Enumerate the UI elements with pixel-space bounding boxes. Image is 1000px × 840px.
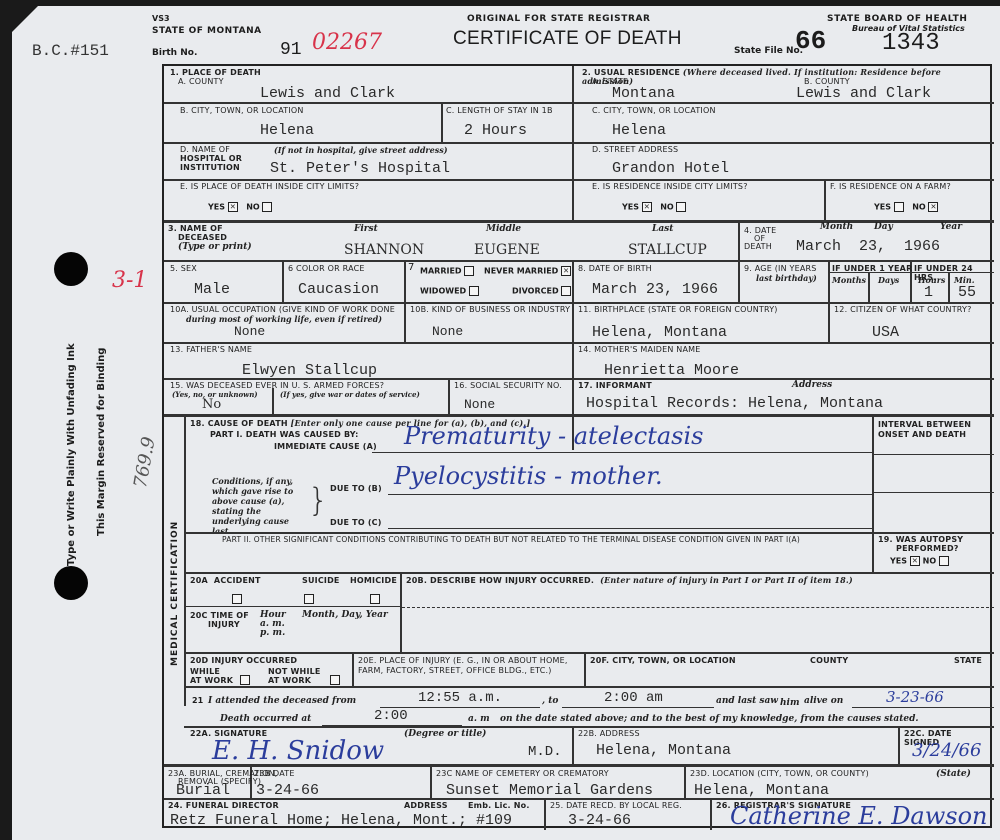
immediate-cause-value: Prematurity - atelectasis	[404, 422, 703, 450]
burial-date-value: 3-24-66	[256, 782, 319, 799]
document-title: CERTIFICATE OF DEATH	[453, 28, 682, 50]
due-to-b-label: DUE TO (b)	[330, 484, 382, 493]
physician-address-value: Helena, Montana	[596, 742, 731, 759]
citizen-value: USA	[872, 324, 899, 341]
attended-text: I attended the deceased from	[208, 696, 356, 706]
dod-value: March 23, 1966	[796, 238, 940, 255]
place-stay-value: 2 Hours	[464, 122, 527, 139]
cemetery-location-value: Helena, Montana	[694, 782, 829, 799]
informant-value: Hospital Records: Helena, Montana	[586, 395, 883, 412]
binding-hole-bottom	[54, 566, 88, 600]
death-occurred-text: Death occurred at	[220, 714, 311, 724]
widowed-checkbox[interactable]	[469, 286, 479, 296]
him-text: him	[780, 698, 800, 708]
first-name-value: SHANNON	[344, 242, 424, 258]
last-name-label: Last	[652, 224, 673, 234]
attended-from-value: 12:55 a.m.	[418, 690, 502, 706]
ssn-value: None	[464, 397, 495, 412]
days-label: Days	[878, 275, 899, 285]
last-name-value: STALLCUP	[628, 242, 707, 258]
describe-injury-hint: (Enter nature of injury in Part I or Par…	[600, 575, 853, 585]
months-label: Months	[832, 275, 866, 285]
place-inside-city-options: YES ✕ NO	[208, 202, 272, 212]
ampm-text: a. m	[468, 714, 490, 724]
funeral-director-value: Retz Funeral Home; Helena, Mont.; #109	[170, 812, 512, 829]
res-city-value: Helena	[612, 122, 666, 139]
birth-no-prefix: 91	[280, 40, 302, 60]
middle-name-label: Middle	[486, 224, 521, 234]
place-stay-label: c. LENGTH OF STAY IN 1b	[446, 106, 553, 115]
place-inside-city-yes-checkbox[interactable]: ✕	[228, 202, 238, 212]
margin-binding-note: This Margin Reserved for Binding	[96, 276, 107, 536]
while-at-work-checkbox[interactable]	[240, 675, 250, 685]
injury-county-label: COUNTY	[810, 656, 848, 665]
never-married-label: NEVER MARRIED	[484, 267, 558, 276]
injury-occurred-label: 20d INJURY OCCURRED	[190, 656, 297, 665]
suicide-label: SUICIDE	[302, 576, 340, 585]
on-date-text: on the date stated above; and to the bes…	[500, 714, 919, 724]
business-value: None	[432, 324, 463, 339]
death-certificate-form: 1. PLACE OF DEATH a. COUNTY Lewis and Cl…	[162, 64, 992, 828]
birth-no-label: Birth No.	[152, 48, 197, 58]
interval-label: INTERVAL BETWEEN ONSET AND DEATH	[878, 420, 988, 440]
occupation-value: None	[234, 324, 265, 339]
res-farm-options: YES NO ✕	[874, 202, 938, 212]
alive-on-text: alive on	[804, 696, 843, 706]
degree-value: M.D.	[528, 744, 562, 760]
cemetery-value: Sunset Memorial Gardens	[446, 782, 653, 799]
time-of-injury-label-1: 20c TIME OF	[190, 611, 249, 620]
res-farm-no-checkbox[interactable]: ✕	[928, 202, 938, 212]
state-file-label: State File No.	[734, 46, 803, 56]
injury-state-label: STATE	[954, 656, 982, 665]
mother-label: 14. MOTHER'S MAIDEN NAME	[578, 345, 701, 354]
last-saw-date-value: 3-23-66	[886, 688, 944, 706]
state-file-number: 1343	[882, 30, 940, 57]
registrar-signature: Catherine E. Dawson	[730, 802, 988, 830]
res-farm-yes-checkbox[interactable]	[894, 202, 904, 212]
funeral-address-label: ADDRESS	[404, 801, 448, 810]
dod-day-label: Day	[874, 222, 893, 232]
armed-forces-value: No	[202, 397, 221, 412]
occupation-label-1: 10a. USUAL OCCUPATION (Give kind of work…	[170, 305, 395, 314]
armed-forces-hint-2: (If yes, give war or dates of service)	[280, 390, 420, 399]
place-inside-city-no-checkbox[interactable]	[262, 202, 272, 212]
margin-pencil-note: 769.9	[130, 435, 160, 489]
margin-instruction: Type or Write Plainly With Unfading Ink	[66, 266, 77, 566]
age-minutes-value: 55	[958, 284, 976, 301]
birthplace-label: 11. BIRTHPLACE (State or foreign country…	[578, 305, 778, 314]
burial-date-label: 23b DATE	[254, 769, 295, 778]
middle-name-value: EUGENE	[474, 242, 540, 258]
accident-num: 20a	[190, 576, 208, 585]
bc-number: B.C.#151	[32, 42, 109, 60]
res-street-value: Grandon Hotel	[612, 160, 729, 177]
race-value: Caucasion	[298, 281, 379, 298]
hospital-label-3: INSTITUTION	[180, 163, 240, 172]
res-inside-city-label: e. IS RESIDENCE INSIDE CITY LIMITS?	[592, 182, 748, 191]
res-city-label: c. CITY, TOWN, OR LOCATION	[592, 106, 716, 115]
conditions-brace: }	[308, 476, 328, 524]
hospital-hint: (If not in hospital, give street address…	[274, 145, 448, 155]
place-of-injury-label: 20e. PLACE OF INJURY (e. g., in or about…	[358, 656, 580, 676]
first-name-label: First	[354, 224, 378, 234]
while-at-work-label: WHILE AT WORK	[190, 667, 234, 685]
emb-lic-label: Emb. Lic. No.	[468, 801, 530, 810]
place-of-death-section: 1. PLACE OF DEATH	[170, 68, 261, 77]
certificate-paper: B.C.#151 VS3 STATE OF MONTANA Birth No. …	[12, 6, 1000, 840]
sex-value: Male	[194, 281, 230, 298]
business-label: 10b. KIND OF BUSINESS OR INDUSTRY	[410, 305, 570, 314]
item-21-num: 21	[192, 696, 203, 705]
cemetery-label: 23c NAME OF CEMETERY OR CREMATORY	[436, 769, 609, 778]
part1-label: PART I. DEATH WAS CAUSED BY:	[210, 430, 359, 439]
father-value: Elwyen Stallcup	[242, 362, 377, 379]
physician-address-label: 22b. ADDRESS	[578, 729, 640, 738]
res-inside-city-no-checkbox[interactable]	[676, 202, 686, 212]
state-label: STATE OF MONTANA	[152, 26, 262, 36]
dod-year-label: Year	[940, 222, 962, 232]
conditions-text: Conditions, if any, which gave rise to a…	[212, 476, 304, 536]
describe-injury-label: 20b. DESCRIBE HOW INJURY OCCURRED.	[406, 576, 594, 585]
dob-label: 8. DATE OF BIRTH	[578, 264, 652, 273]
informant-label: 17. INFORMANT	[578, 381, 652, 390]
cemetery-state-label: (State)	[936, 769, 971, 779]
never-married-checkbox[interactable]: ✕	[561, 266, 571, 276]
father-label: 13. FATHER'S NAME	[170, 345, 252, 354]
autopsy-no-checkbox[interactable]	[939, 556, 949, 566]
injury-city-label: 20f. CITY, TOWN, OR LOCATION	[590, 656, 736, 665]
armed-forces-label: 15. WAS DECEASED EVER IN U. S. ARMED FOR…	[170, 381, 384, 390]
state-file-prefix: 66	[795, 26, 826, 56]
original-for-label: ORIGINAL FOR STATE REGISTRAR	[467, 14, 651, 24]
res-inside-city-options: YES ✕ NO	[622, 202, 686, 212]
hospital-value: St. Peter's Hospital	[270, 160, 450, 177]
pm-label: p. m.	[260, 628, 285, 638]
res-state-value: Montana	[612, 85, 675, 102]
suicide-checkbox[interactable]	[304, 594, 314, 604]
married-label: MARRIED	[420, 267, 462, 276]
res-county-value: Lewis and Clark	[796, 85, 931, 102]
part2-label: PART II. OTHER SIGNIFICANT CONDITIONS CO…	[222, 535, 800, 544]
hospital-label-2: HOSPITAL OR	[180, 154, 242, 163]
sex-label: 5. SEX	[170, 264, 197, 273]
place-inside-city-label: e. IS PLACE OF DEATH INSIDE CITY LIMITS?	[180, 182, 359, 191]
divorced-label: DIVORCED	[512, 287, 559, 296]
due-to-b-value: Pyelocystitis - mother.	[394, 462, 663, 490]
age-hours-value: 1	[924, 284, 933, 301]
last-saw-text: and last saw	[716, 696, 778, 706]
age-label-2: last birthday)	[756, 273, 817, 283]
due-to-c-label: DUE TO (c)	[330, 518, 382, 527]
date-recd-value: 3-24-66	[568, 812, 631, 829]
married-checkbox[interactable]	[464, 266, 474, 276]
accident-checkbox[interactable]	[232, 594, 242, 604]
ssn-label: 16. SOCIAL SECURITY NO.	[454, 381, 562, 390]
autopsy-label-2: PERFORMED?	[896, 544, 959, 553]
date-recd-label: 25. DATE RECD. BY LOCAL REG.	[550, 801, 682, 810]
bureau-label: Bureau of Vital Statistics	[852, 24, 965, 33]
dod-label-3: DEATH	[744, 242, 772, 251]
not-while-at-work-label: NOT WHILE AT WORK	[268, 667, 324, 685]
informant-address-label: Address	[792, 380, 832, 390]
cause-section-label: 18. CAUSE OF DEATH	[190, 419, 288, 428]
time-of-injury-label-2: INJURY	[208, 620, 240, 629]
immediate-cause-label: IMMEDIATE CAUSE (a)	[274, 442, 377, 451]
name-label-2: DECEASED	[178, 233, 227, 242]
res-inside-city-yes-checkbox[interactable]: ✕	[642, 202, 652, 212]
funeral-director-label: 24. FUNERAL DIRECTOR	[168, 801, 279, 810]
race-label: 6 COLOR OR RACE	[288, 264, 365, 273]
cemetery-location-label: 23d. LOCATION (City, town, or county)	[690, 769, 869, 778]
physician-signature: E. H. Snidow	[212, 736, 384, 766]
to-text: , to	[542, 696, 558, 706]
place-city-value: Helena	[260, 122, 314, 139]
name-label-1: 3. NAME OF	[168, 224, 223, 233]
birth-no-handwritten: 02267	[312, 30, 382, 55]
citizen-label: 12. CITIZEN OF WHAT COUNTRY?	[834, 305, 972, 314]
degree-label: (Degree or title)	[404, 729, 486, 739]
not-while-at-work-checkbox[interactable]	[330, 675, 340, 685]
board-label: STATE BOARD OF HEALTH	[827, 14, 967, 24]
name-label-3: (Type or print)	[178, 242, 252, 252]
autopsy-yes-checkbox[interactable]: ✕	[910, 556, 920, 566]
date-signed-value: 3/24/66	[912, 740, 981, 761]
place-city-label: b. CITY, TOWN, OR LOCATION	[180, 106, 304, 115]
mdy-label: Month, Day, Year	[302, 610, 388, 620]
age-label-1: 9. AGE (In years	[744, 264, 817, 273]
birthplace-value: Helena, Montana	[592, 324, 727, 341]
autopsy-label-1: 19. WAS AUTOPSY	[878, 535, 963, 544]
death-time-value: 2:00	[374, 708, 408, 724]
res-street-label: d. STREET ADDRESS	[592, 145, 678, 154]
margin-red-note: 3-1	[112, 268, 147, 293]
dob-value: March 23, 1966	[592, 281, 718, 298]
burial-value: Burial	[176, 782, 230, 799]
form-code: VS3	[152, 14, 170, 23]
marital-number: 7	[408, 262, 414, 273]
homicide-label: HOMICIDE	[350, 576, 397, 585]
homicide-checkbox[interactable]	[370, 594, 380, 604]
mother-value: Henrietta Moore	[604, 362, 739, 379]
occupation-label-2: during most of working life, even if ret…	[186, 314, 382, 324]
dod-month-label: Month	[820, 222, 853, 232]
accident-label: ACCIDENT	[214, 576, 261, 585]
place-county-value: Lewis and Clark	[260, 85, 395, 102]
under-1-year-label: IF UNDER 1 YEAR	[832, 264, 912, 273]
res-farm-label: f. IS RESIDENCE ON A FARM?	[830, 182, 951, 191]
widowed-label: WIDOWED	[420, 287, 466, 296]
divorced-checkbox[interactable]	[561, 286, 571, 296]
hospital-label-1: d. NAME OF	[180, 145, 230, 154]
place-county-label: a. COUNTY	[178, 77, 224, 86]
attended-to-value: 2:00 am	[604, 690, 663, 706]
medical-certification-label: MEDICAL CERTIFICATION	[170, 521, 180, 666]
